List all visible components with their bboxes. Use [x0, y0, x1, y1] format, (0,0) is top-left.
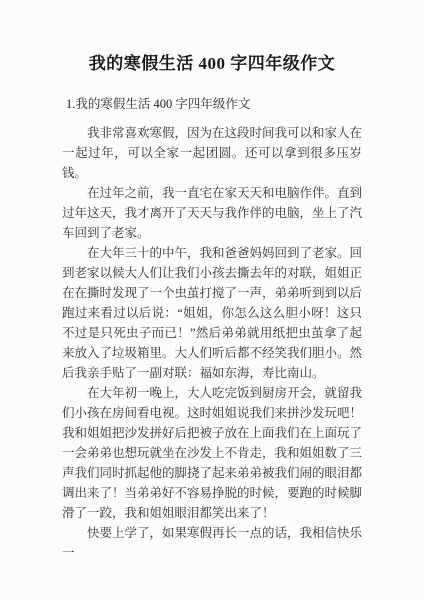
- essay-page: 我的寒假生活 400 字四年级作文 1.我的寒假生活 400 字四年级作文 我非…: [0, 0, 424, 600]
- essay-subtitle: 1.我的寒假生活 400 字四年级作文: [66, 96, 360, 112]
- essay-paragraph: 我非常喜欢寒假，因为在这段时间我可以和家人在一起过年，可以全家一起团圆。还可以拿…: [62, 123, 362, 183]
- essay-paragraph: 在大年初一晚上，大人吃完饭到厨房开会，就留我们小孩在房间看电视。这时姐姐说我们来…: [62, 383, 362, 523]
- essay-body: 我非常喜欢寒假，因为在这段时间我可以和家人在一起过年，可以全家一起团圆。还可以拿…: [62, 123, 362, 563]
- essay-title: 我的寒假生活 400 字四年级作文: [0, 0, 424, 76]
- essay-paragraph: 在大年三十的中午，我和爸爸妈妈回到了老家。回到老家以候大人们让我们小孩去撕去年的…: [62, 243, 362, 383]
- essay-paragraph: 快要上学了，如果寒假再长一点的话，我相信快乐一: [62, 523, 362, 563]
- essay-paragraph: 在过年之前，我一直宅在家天天和电脑作伴。直到过年这天，我才离开了天天与我作伴的电…: [62, 183, 362, 243]
